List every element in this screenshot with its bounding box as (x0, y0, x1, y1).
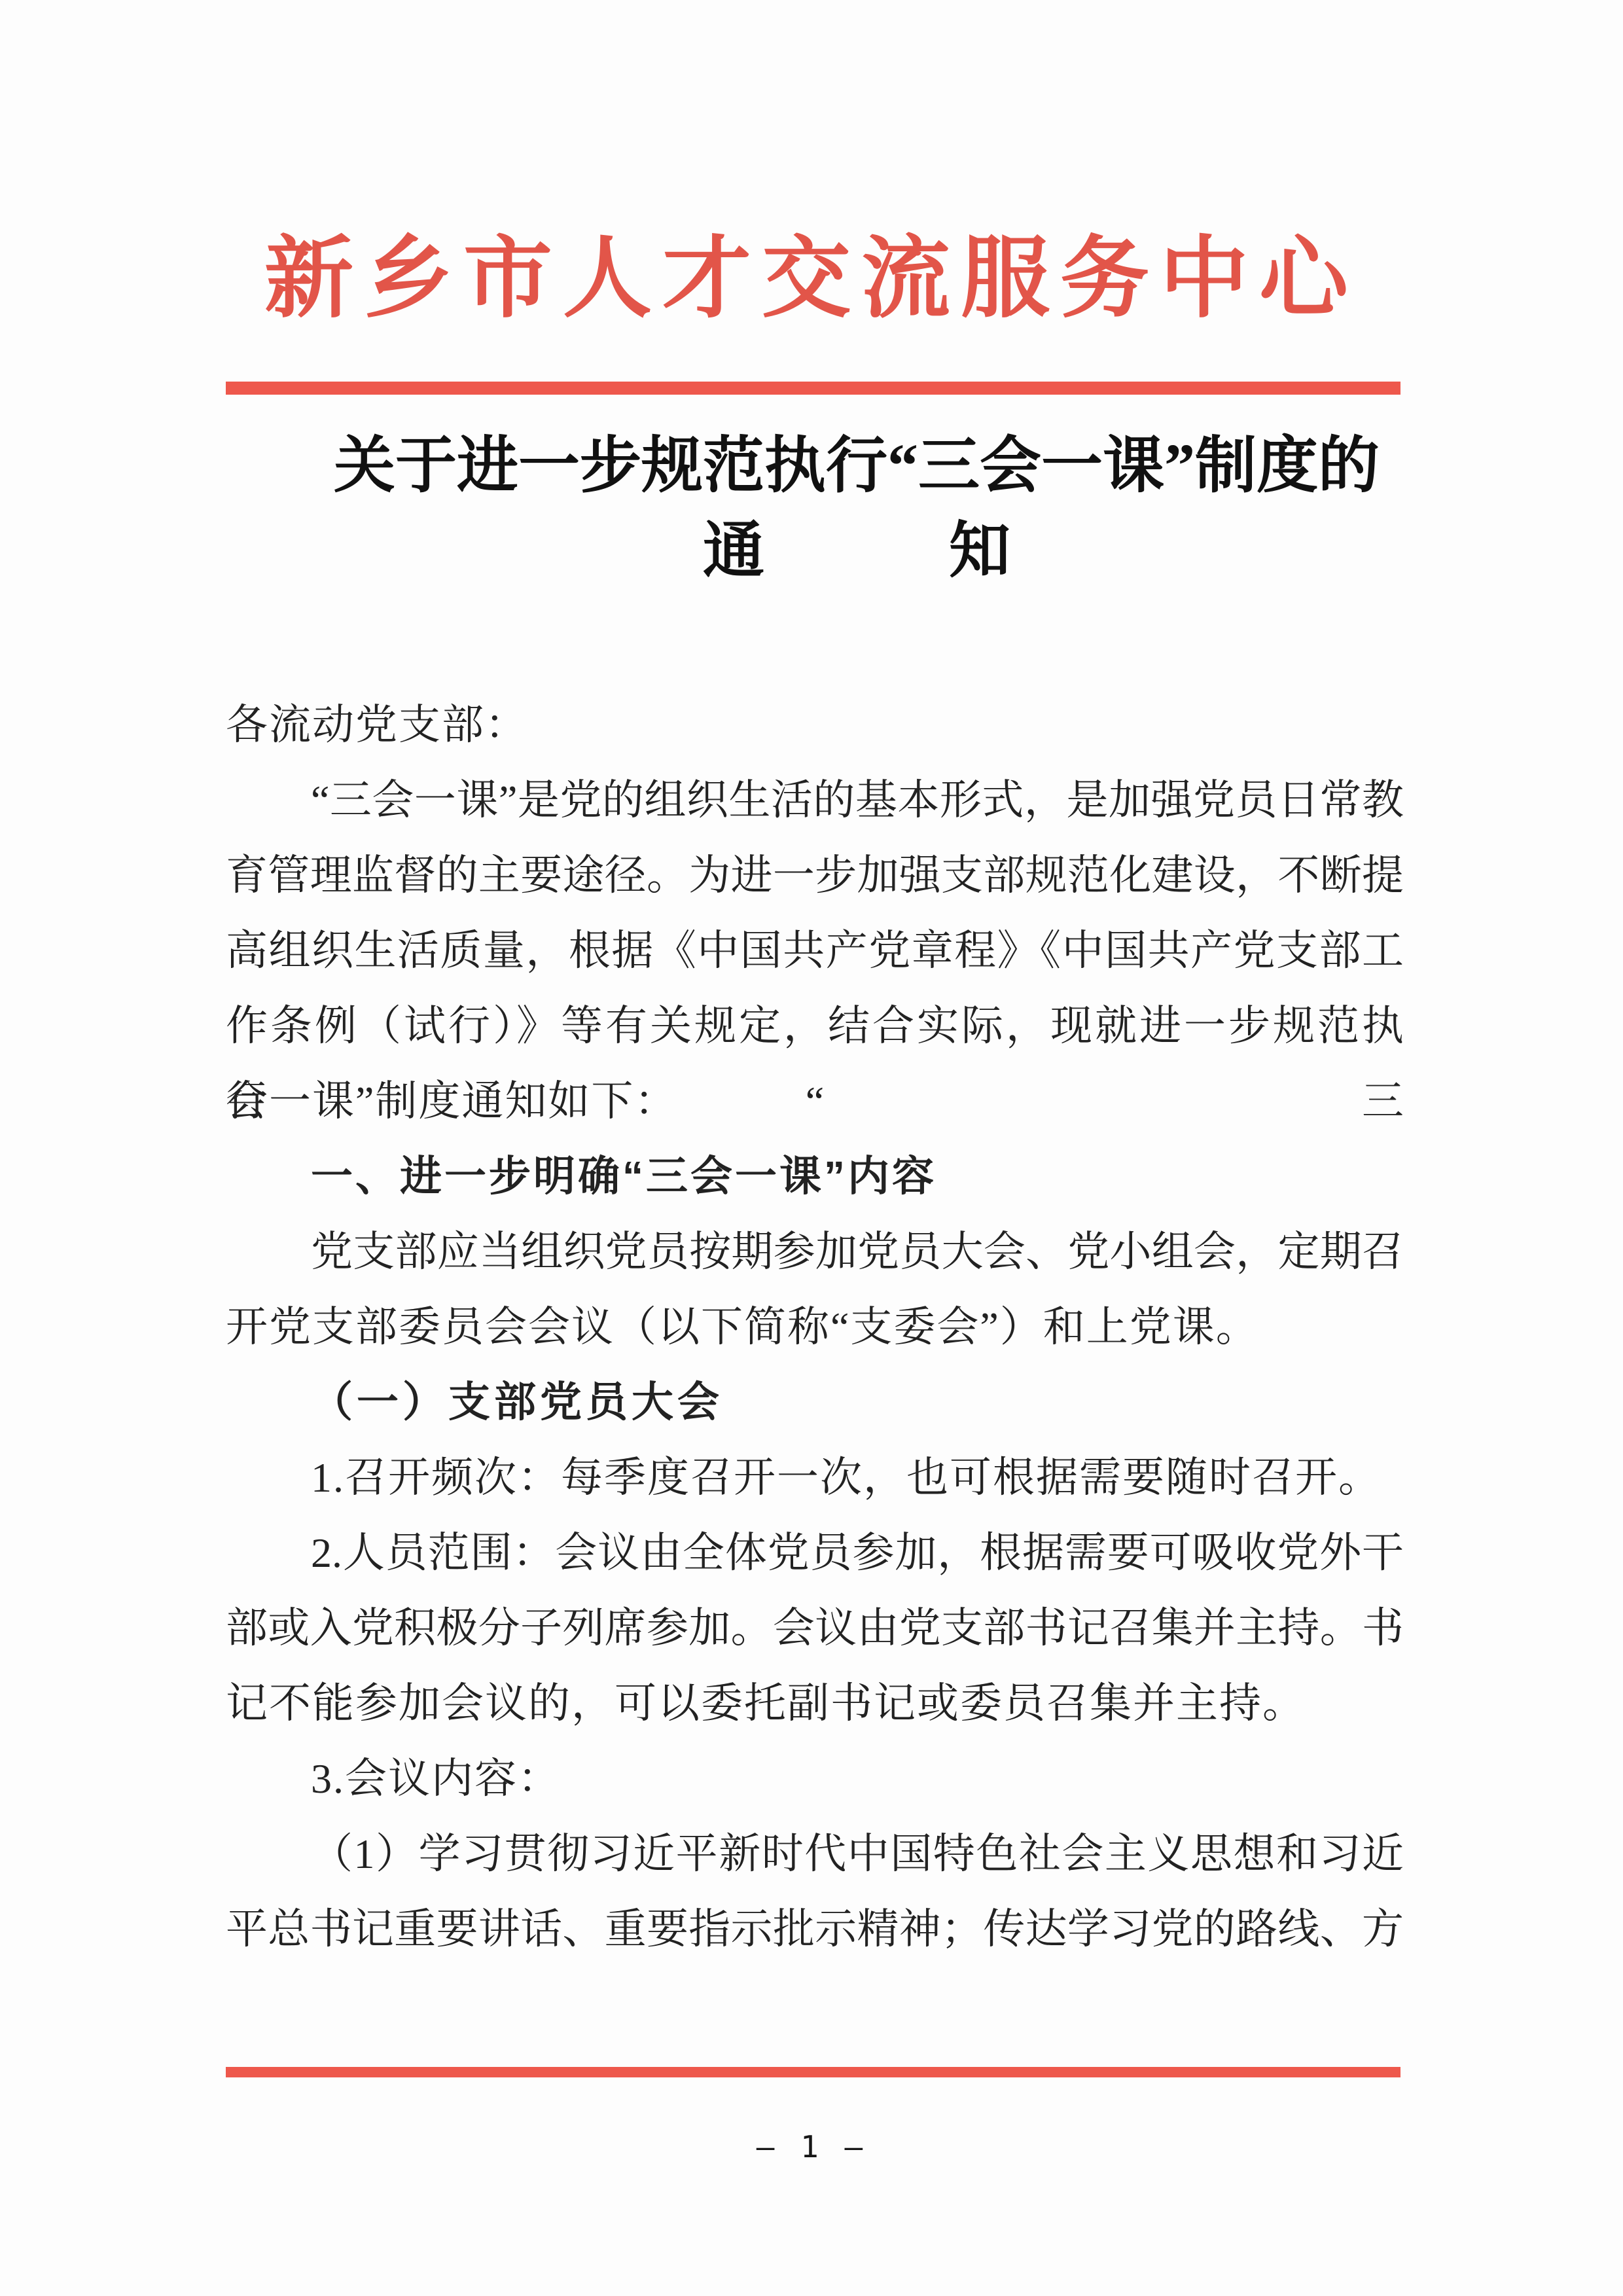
document-title-line1: 关于进一步规范执行“三会一课”制度的 (268, 427, 1446, 505)
scanned-document-page: 新乡市人才交流服务中心 关于进一步规范执行“三会一课”制度的 通 知 各流动党支… (0, 0, 1623, 2296)
letterhead-divider-rule (226, 382, 1400, 395)
body-line: 3.会议内容： (226, 1741, 1404, 1816)
body-line: 部或入党积极分子列席参加。会议由党支部书记召集并主持。书 (226, 1590, 1404, 1666)
body-line: 记不能参加会议的，可以委托副书记或委员召集并主持。 (226, 1666, 1404, 1741)
section-heading-1: 一、进一步明确“三会一课”内容 (226, 1139, 1404, 1214)
letterhead-org-name: 新乡市人才交流服务中心 (0, 230, 1623, 329)
body-line: 2.人员范围：会议由全体党员参加，根据需要可吸收党外干 (226, 1515, 1404, 1590)
body-line: 党支部应当组织党员按期参加党员大会、党小组会，定期召 (226, 1214, 1404, 1289)
body-line: “三会一课”是党的组织生活的基本形式，是加强党员日常教 (226, 762, 1404, 838)
body-line: 开党支部委员会会议（以下简称“支委会”）和上党课。 (226, 1289, 1404, 1365)
body-line: 高组织生活质量，根据《中国共产党章程》《中国共产党支部工 (226, 913, 1404, 988)
document-title-line2: 通 知 (268, 512, 1446, 590)
body-line: 育管理监督的主要途径。为进一步加强支部规范化建设，不断提 (226, 838, 1404, 913)
footer-divider-rule (226, 2067, 1400, 2077)
body-line: 1.召开频次：每季度召开一次，也可根据需要随时召开。 (226, 1440, 1404, 1515)
body-line-salutation: 各流动党支部： (226, 687, 1404, 762)
subsection-heading-1: （一）支部党员大会 (226, 1365, 1404, 1440)
body-line: 作条例（试行）》等有关规定，结合实际，现就进一步规范执行“三 (226, 988, 1404, 1064)
body-line: 平总书记重要讲话、重要指示批示精神；传达学习党的路线、方 (226, 1892, 1404, 1967)
page-number: — 1 — (0, 2127, 1623, 2166)
body-line: （1）学习贯彻习近平新时代中国特色社会主义思想和习近 (226, 1816, 1404, 1892)
document-body: 各流动党支部： “三会一课”是党的组织生活的基本形式，是加强党员日常教 育管理监… (226, 687, 1404, 1967)
